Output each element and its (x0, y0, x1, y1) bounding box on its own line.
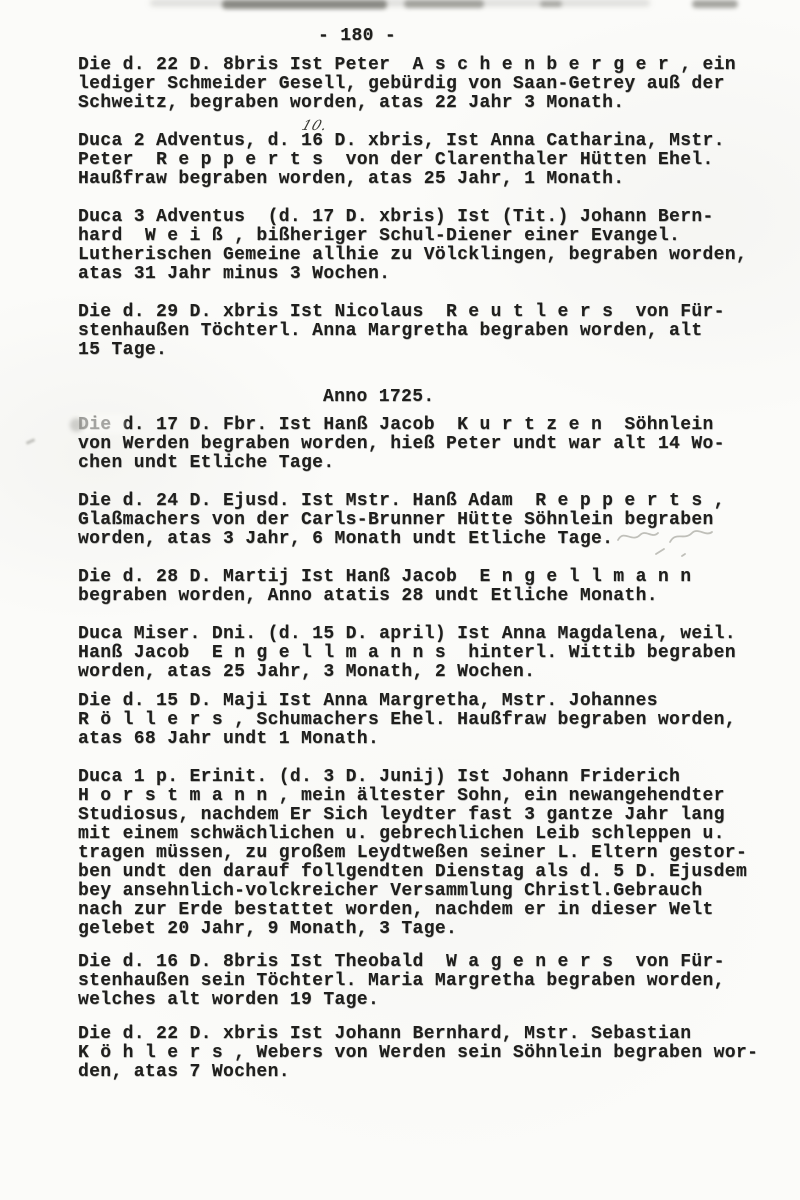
burial-record: Duca 1 p. Erinit. (d. 3 D. Junij) Ist Jo… (78, 768, 768, 939)
record-line: stenhaußen sein Töchterl. Maria Margreth… (78, 972, 768, 991)
burial-record: Die d. 22 D. 8bris Ist Peter A s c h e n… (78, 56, 768, 113)
burial-record: Die d. 29 D. xbris Ist Nicolaus R e u t … (78, 303, 768, 360)
record-line: Peter R e p p e r t s von der Clarenthal… (78, 151, 768, 170)
burial-record: Die d. 17 D. Fbr. Ist Hanß Jacob K u r t… (78, 416, 768, 473)
record-line: atas 68 Jahr undt 1 Monath. (78, 730, 768, 749)
record-line: ben undt den darauf follgendten Dienstag… (78, 863, 768, 882)
record-line: Die d. 24 D. Ejusd. Ist Mstr. Hanß Adam … (78, 492, 768, 511)
record-line: atas 31 Jahr minus 3 Wochen. (78, 265, 768, 284)
record-line: chen undt Etliche Tage. (78, 454, 768, 473)
scan-smudge (692, 0, 738, 8)
record-line: H o r s t m a n n , mein ältester Sohn, … (78, 787, 768, 806)
record-line: hard W e i ß , bißheriger Schul-Diener e… (78, 227, 768, 246)
record-line: begraben worden, Anno atatis 28 undt Etl… (78, 587, 768, 606)
scanned-page: - 180 - Die d. 22 D. 8bris Ist Peter A s… (0, 0, 800, 1200)
margin-pencil-mark (26, 438, 35, 445)
record-line: mit einem schwächlichen u. gebrechlichen… (78, 825, 768, 844)
record-line: Duca 1 p. Erinit. (d. 3 D. Junij) Ist Jo… (78, 768, 768, 787)
record-line: Lutherischen Gemeine allhie zu Völckling… (78, 246, 768, 265)
record-line: bey ansehnlich-volckreicher Versammlung … (78, 882, 768, 901)
handwriting-scribble (612, 524, 722, 564)
record-line: von Werden begraben worden, hieß Peter u… (78, 435, 768, 454)
record-line: Die d. 22 D. xbris Ist Johann Bernhard, … (78, 1025, 768, 1044)
record-line: worden, atas 25 Jahr, 3 Monath, 2 Wochen… (78, 663, 768, 682)
record-line: Duca 3 Adventus (d. 17 D. xbris) Ist (Ti… (78, 208, 768, 227)
burial-record: Duca Miser. Dni. (d. 15 D. april) Ist An… (78, 625, 768, 682)
record-line: lediger Schmeider Gesell, gebürdig von S… (78, 75, 768, 94)
record-line: gelebet 20 Jahr, 9 Monath, 3 Tage. (78, 920, 768, 939)
record-line: Die d. 28 D. Martij Ist Hanß Jacob E n g… (78, 568, 768, 587)
record-line: Die d. 17 D. Fbr. Ist Hanß Jacob K u r t… (78, 416, 768, 435)
record-line: welches alt worden 19 Tage. (78, 991, 768, 1010)
record-line: Duca Miser. Dni. (d. 15 D. april) Ist An… (78, 625, 768, 644)
record-line: R ö l l e r s , Schumachers Ehel. Haußfr… (78, 711, 768, 730)
record-line: Die d. 15 D. Maji Ist Anna Margretha, Ms… (78, 692, 768, 711)
record-line: Studiosus, nachdem Er Sich leydter fast … (78, 806, 768, 825)
record-line: den, atas 7 Wochen. (78, 1063, 768, 1082)
scan-smudge (540, 1, 562, 7)
record-line: Die d. 16 D. 8bris Ist Theobald W a g e … (78, 953, 768, 972)
record-line: Haußfraw begraben worden, atas 25 Jahr, … (78, 170, 768, 189)
record-line: Die d. 22 D. 8bris Ist Peter A s c h e n… (78, 56, 768, 75)
record-line: Die d. 29 D. xbris Ist Nicolaus R e u t … (78, 303, 768, 322)
burial-record: Die d. 22 D. xbris Ist Johann Bernhard, … (78, 1025, 768, 1082)
burial-record: Die d. 16 D. 8bris Ist Theobald W a g e … (78, 953, 768, 1010)
burial-record: Die d. 15 D. Maji Ist Anna Margretha, Ms… (78, 692, 768, 749)
record-line: nach zur Erde bestattet worden, nachdem … (78, 901, 768, 920)
year-heading: Anno 1725. (323, 388, 435, 407)
ink-fade-artifact (70, 418, 84, 432)
record-line: 15 Tage. (78, 341, 768, 360)
record-line: Hanß Jacob E n g e l l m a n n s hinterl… (78, 644, 768, 663)
scan-smudge (404, 0, 484, 8)
record-line: Schweitz, begraben worden, atas 22 Jahr … (78, 94, 768, 113)
page-number: - 180 - (318, 27, 396, 46)
record-line: stenhaußen Töchterl. Anna Margretha begr… (78, 322, 768, 341)
scan-smudge (222, 0, 387, 9)
burial-record: Duca 3 Adventus (d. 17 D. xbris) Ist (Ti… (78, 208, 768, 284)
record-line: tragen müssen, zu großem Leydtweßen sein… (78, 844, 768, 863)
corrected-date: 1610. (301, 131, 323, 151)
record-line: Duca 2 Adventus, d. 1610. D. xbris, Ist … (78, 132, 768, 151)
burial-record: Duca 2 Adventus, d. 1610. D. xbris, Ist … (78, 132, 768, 189)
record-line: K ö h l e r s , Webers von Werden sein S… (78, 1044, 768, 1063)
burial-record: Die d. 28 D. Martij Ist Hanß Jacob E n g… (78, 568, 768, 606)
